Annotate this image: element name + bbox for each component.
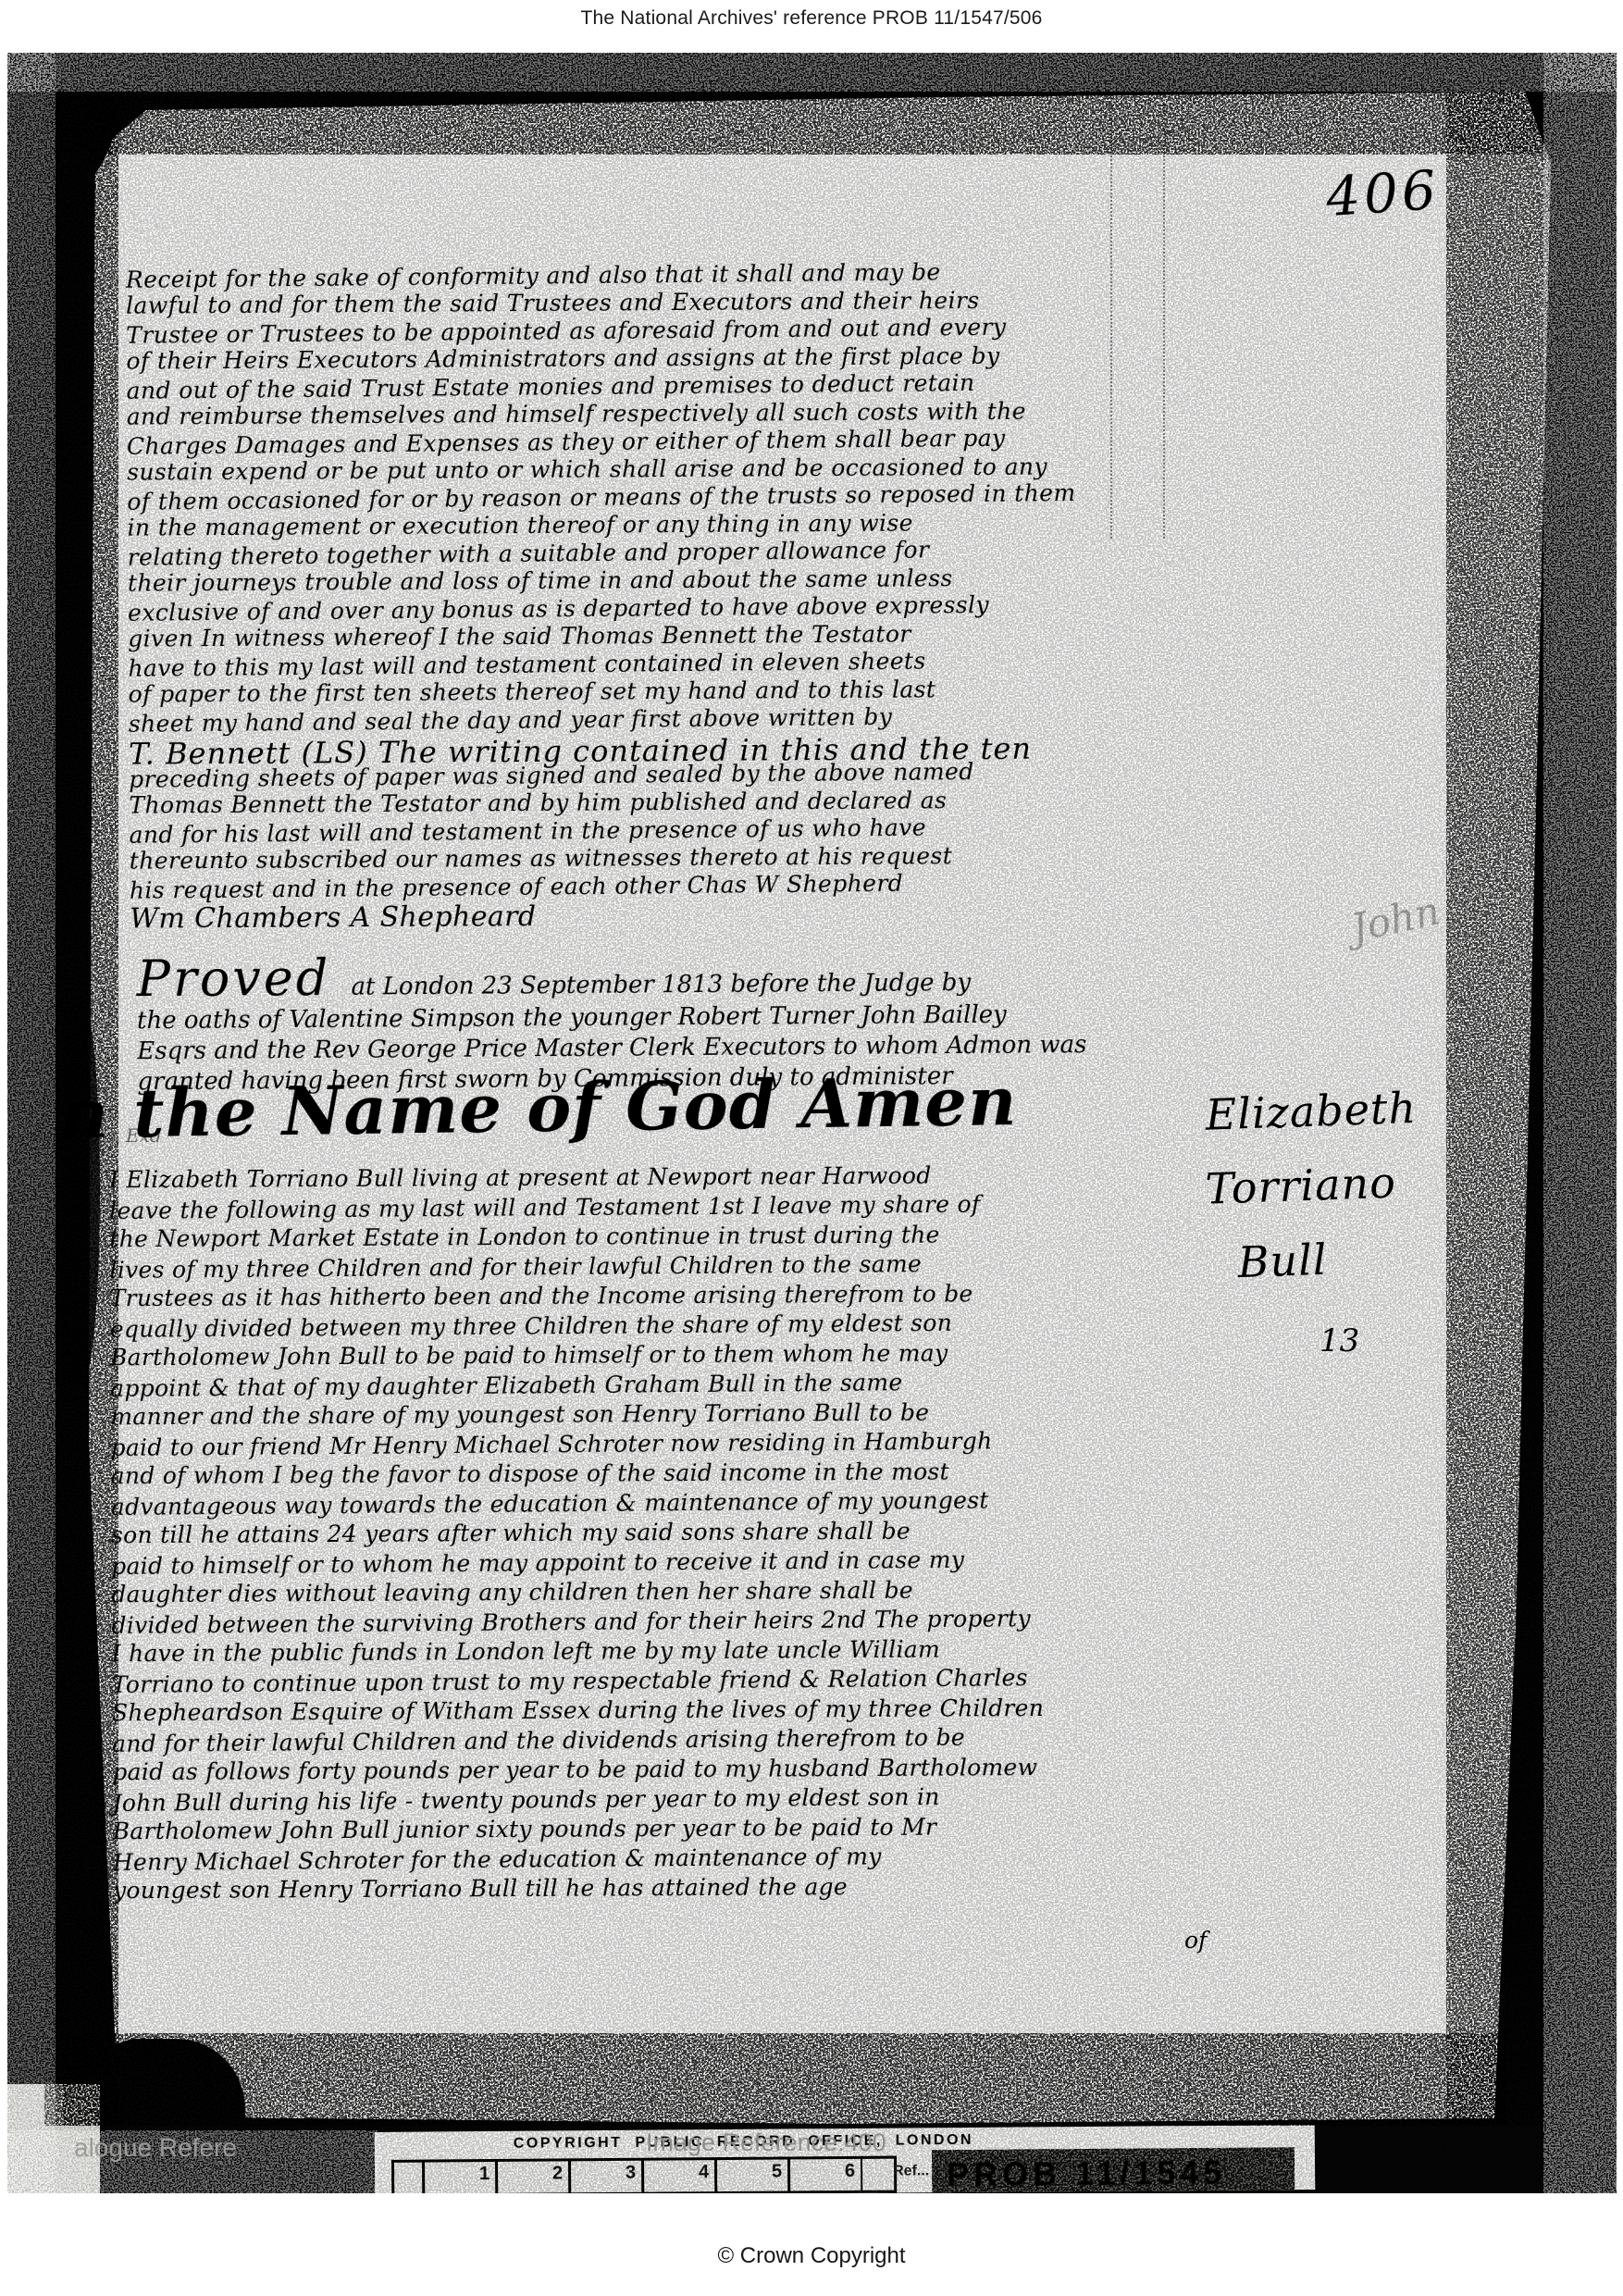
measuring-ruler: 123456 xyxy=(391,2156,897,2193)
image-reference-watermark: Image Reference:400 xyxy=(646,2128,886,2157)
scan-border-blob xyxy=(93,2039,245,2193)
text-line: 5 xyxy=(714,2156,787,2193)
folio-number: 406 xyxy=(1324,158,1442,229)
handwritten-block-top: Receipt for the sake of conformity and a… xyxy=(126,257,1231,930)
reference-dark-text: PROB 11/1545 xyxy=(947,2153,1226,2192)
probate-first-line-text: at London 23 September 1813 before the J… xyxy=(351,969,971,1001)
will-heading: In the Name of God Amen xyxy=(27,1059,1212,1154)
reference-dark-block: PROB 11/1545 xyxy=(932,2147,1295,2192)
archive-reference-header: The National Archives' reference PROB 11… xyxy=(0,7,1623,30)
text-line: 3 xyxy=(568,2158,641,2193)
document-scan: 406 Receipt for the sake of conformity a… xyxy=(7,53,1617,2193)
probate-lead-word: Proved xyxy=(136,949,330,1008)
scan-border-blob xyxy=(63,997,100,1385)
document-page: The National Archives' reference PROB 11… xyxy=(0,0,1623,2296)
handwritten-block-body: I Elizabeth Torriano Bull living at pres… xyxy=(109,1160,1270,1907)
catalogue-reference-watermark: alogue Refere xyxy=(74,2133,237,2163)
margin-number: 13 xyxy=(1319,1322,1359,1359)
text-line: Elizabeth xyxy=(1205,1079,1513,1163)
probate-first-line: Proved at London 23 September 1813 befor… xyxy=(136,942,1237,1007)
marginal-mark: Exd xyxy=(126,1124,162,1147)
ref-label: Ref... xyxy=(893,2163,929,2179)
text-line: Torriano xyxy=(1205,1153,1513,1237)
text-line: 6 xyxy=(787,2156,861,2193)
crown-copyright-footer: © Crown Copyright xyxy=(0,2243,1623,2269)
text-line: 2 xyxy=(495,2158,568,2193)
text-line: 4 xyxy=(641,2157,714,2193)
text-line: Bull xyxy=(1237,1228,1513,1311)
text-line: 1 xyxy=(422,2159,495,2193)
margin-testatrix-name: ElizabethTorrianoBull xyxy=(1206,1085,1511,1307)
body-last-word: of xyxy=(1184,1927,1207,1954)
